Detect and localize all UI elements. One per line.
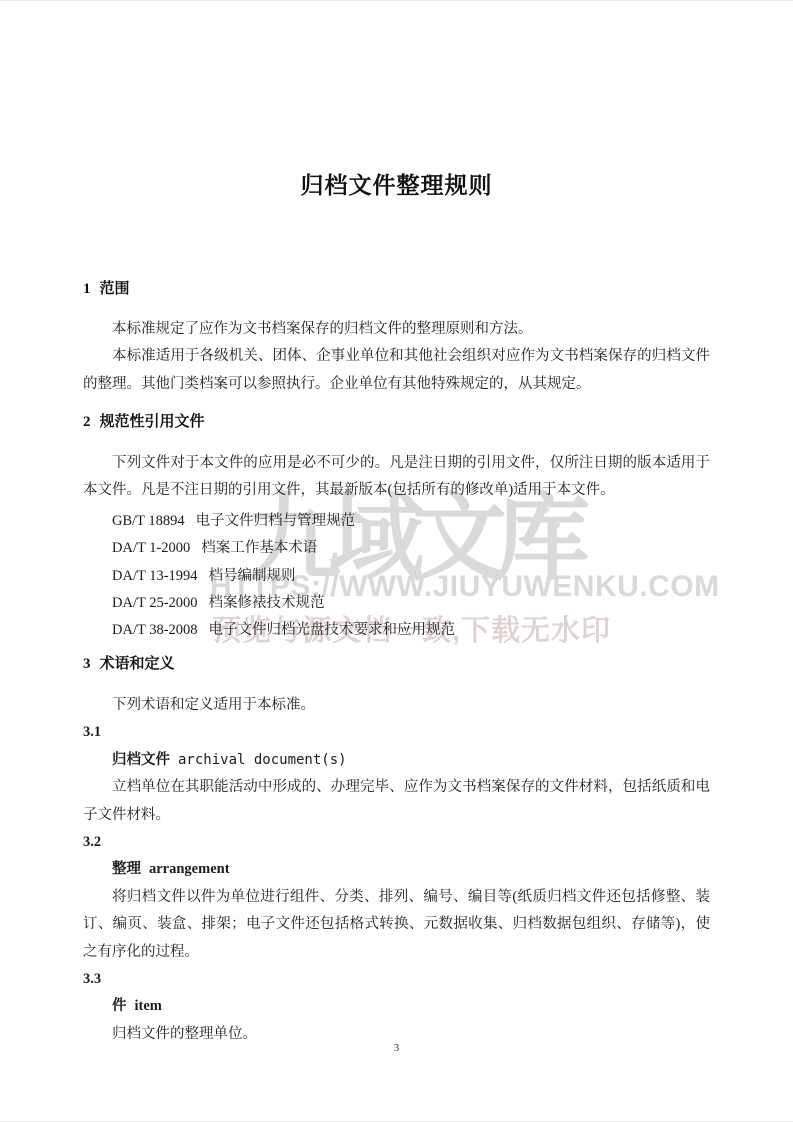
term-chinese: 件 [112, 998, 127, 1014]
reference-title: 电子文件归档光盘技术要求和应用规范 [209, 622, 456, 638]
document-page: 九域文库 HTTPS://WWW.JIUYUWENKU.COM 预览与源文档一致… [0, 0, 793, 1122]
section-number: 3 [83, 656, 91, 672]
term-3-2: 3.2 整理arrangement 将归档文件以件为单位进行组件、分类、排列、编… [83, 829, 710, 966]
term-3-1: 3.1 归档文件archival document(s) 立档单位在其职能活动中… [83, 719, 710, 829]
reference-item: DA/T 25-2000档案修裱技术规范 [83, 590, 710, 617]
reference-code: DA/T 25-2000 [112, 595, 198, 611]
section-heading-1: 1范围 [83, 277, 130, 298]
section-name: 范围 [100, 280, 130, 297]
section-name: 术语和定义 [100, 655, 175, 672]
term-chinese: 整理 [112, 861, 141, 877]
section-number: 2 [83, 414, 91, 430]
term-number: 3.3 [83, 966, 710, 993]
term-definition: 将归档文件以件为单位进行组件、分类、排列、编号、编目等(纸质归档文件还包括修整、… [83, 884, 710, 966]
section-2-body: 下列文件对于本文件的应用是必不可少的。凡是注日期的引用文件，仅所注日期的版本适用… [83, 450, 710, 645]
reference-item: GB/T 18894电子文件归档与管理规范 [83, 508, 710, 535]
reference-title: 电子文件归档与管理规范 [196, 513, 356, 529]
reference-item: DA/T 13-1994档号编制规则 [83, 563, 710, 590]
reference-code: DA/T 38-2008 [112, 622, 198, 638]
term-english: arrangement [149, 861, 230, 877]
term-title: 整理arrangement [83, 856, 710, 883]
term-3-3: 3.3 件item 归档文件的整理单位。 [83, 966, 710, 1048]
reference-item: DA/T 38-2008电子文件归档光盘技术要求和应用规范 [83, 617, 710, 644]
terms-intro: 下列术语和定义适用于本标准。 [83, 692, 710, 719]
document-title: 归档文件整理规则 [83, 167, 710, 200]
section-1-body: 本标准规定了应作为文书档案保存的归档文件的整理原则和方法。 本标准适用于各级机关… [83, 316, 710, 398]
term-title: 件item [83, 993, 710, 1020]
section-heading-3: 3术语和定义 [83, 652, 175, 673]
reference-title: 档案修裱技术规范 [209, 595, 325, 611]
reference-item: DA/T 1-2000档案工作基本术语 [83, 535, 710, 562]
term-number: 3.1 [83, 719, 710, 746]
reference-title: 档号编制规则 [209, 568, 296, 584]
term-number: 3.2 [83, 829, 710, 856]
paragraph: 本标准规定了应作为文书档案保存的归档文件的整理原则和方法。 [83, 316, 710, 343]
reference-code: DA/T 13-1994 [112, 568, 198, 584]
term-title: 归档文件archival document(s) [83, 747, 710, 774]
reference-code: DA/T 1-2000 [112, 540, 190, 556]
paragraph: 本标准适用于各级机关、团体、企事业单位和其他社会组织对应作为文书档案保存的归档文… [83, 343, 710, 398]
reference-title: 档案工作基本术语 [201, 540, 317, 556]
reference-code: GB/T 18894 [112, 513, 185, 529]
normative-references-list: GB/T 18894电子文件归档与管理规范 DA/T 1-2000档案工作基本术… [83, 508, 710, 645]
section-number: 1 [83, 281, 91, 297]
page-number: 3 [83, 1042, 710, 1054]
term-chinese: 归档文件 [112, 752, 170, 768]
section-3-body: 下列术语和定义适用于本标准。 3.1 归档文件archival document… [83, 692, 710, 1048]
section-heading-2: 2规范性引用文件 [83, 410, 205, 431]
term-definition: 立档单位在其职能活动中形成的、办理完毕、应作为文书档案保存的文件材料，包括纸质和… [83, 774, 710, 829]
term-english: archival document(s) [178, 752, 347, 768]
paragraph: 下列文件对于本文件的应用是必不可少的。凡是注日期的引用文件，仅所注日期的版本适用… [83, 450, 710, 505]
term-english: item [135, 998, 162, 1014]
section-name: 规范性引用文件 [100, 413, 205, 430]
